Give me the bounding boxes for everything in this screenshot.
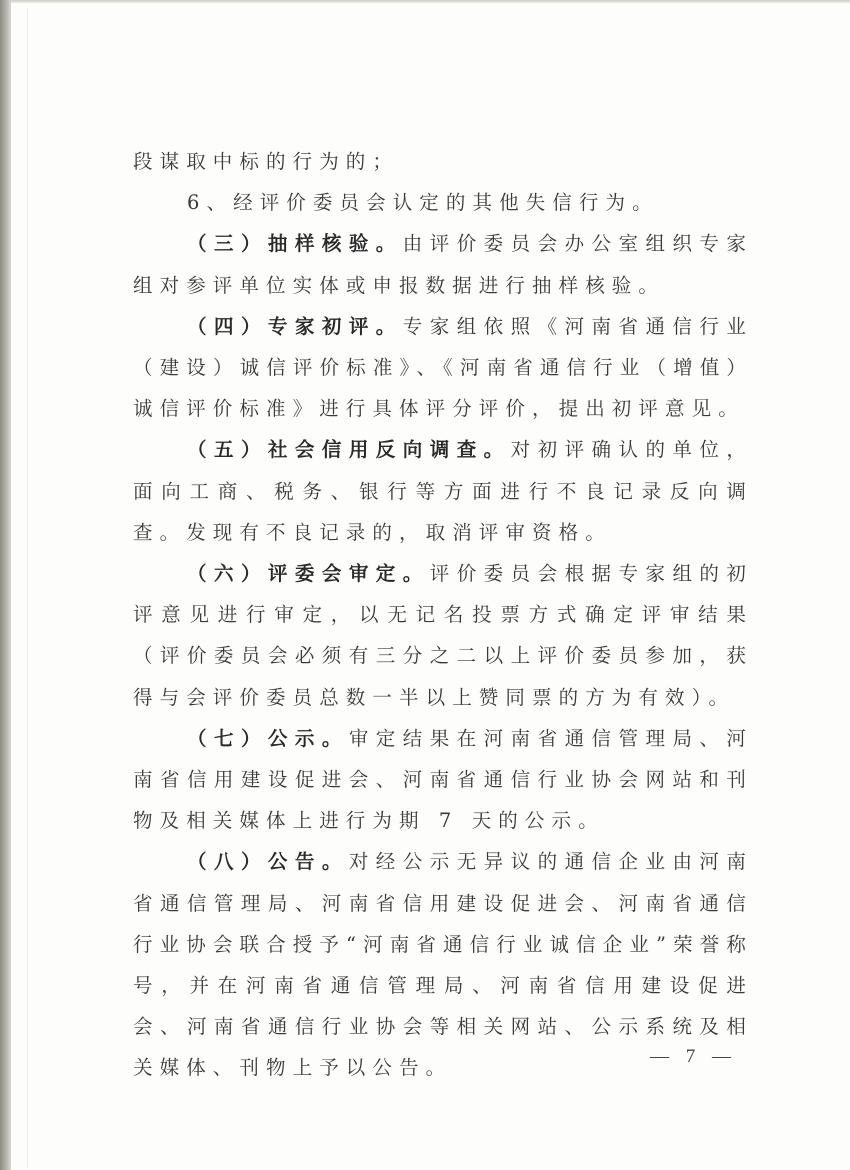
paragraph-continuation: 段谋取中标的行为的；: [133, 141, 753, 182]
document-body: 段谋取中标的行为的； 6、经评价委员会认定的其他失信行为。 （三）抽样核验。由评…: [133, 141, 753, 1089]
paragraph-item-6: 6、经评价委员会认定的其他失信行为。: [133, 182, 753, 223]
paragraph-text: 段谋取中标的行为的；: [133, 150, 399, 173]
page-number: — 7 —: [650, 1046, 737, 1068]
section-heading: （六）评委会审定。: [187, 562, 430, 585]
paragraph-credit-investigation: （五）社会信用反向调查。对初评确认的单位，面向工商、税务、银行等方面进行不良记录…: [133, 429, 753, 553]
section-heading: （七）公示。: [187, 727, 349, 750]
section-heading: （五）社会信用反向调查。: [187, 438, 511, 461]
paragraph-sampling-verification: （三）抽样核验。由评价委员会办公室组织专家组对参评单位实体或申报数据进行抽样核验…: [133, 223, 753, 305]
paragraph-publicity: （七）公示。审定结果在河南省通信管理局、河南省信用建设促进会、河南省通信行业协会…: [133, 718, 753, 842]
paragraph-committee-approval: （六）评委会审定。评价委员会根据专家组的初评意见进行审定，以无记名投票方式确定评…: [133, 553, 753, 718]
scan-edge-top: [0, 0, 850, 3]
section-heading: （四）专家初评。: [187, 315, 403, 338]
scan-edge-left: [0, 0, 11, 1170]
paragraph-expert-review: （四）专家初评。专家组依照《河南省通信行业（建设）诚信评价标准》、《河南省通信行…: [133, 306, 753, 430]
section-heading: （三）抽样核验。: [187, 232, 403, 255]
scan-artifact-line: [27, 8, 28, 1168]
section-heading: （八）公告。: [187, 850, 349, 873]
paragraph-text: 6、经评价委员会认定的其他失信行为。: [187, 191, 659, 214]
